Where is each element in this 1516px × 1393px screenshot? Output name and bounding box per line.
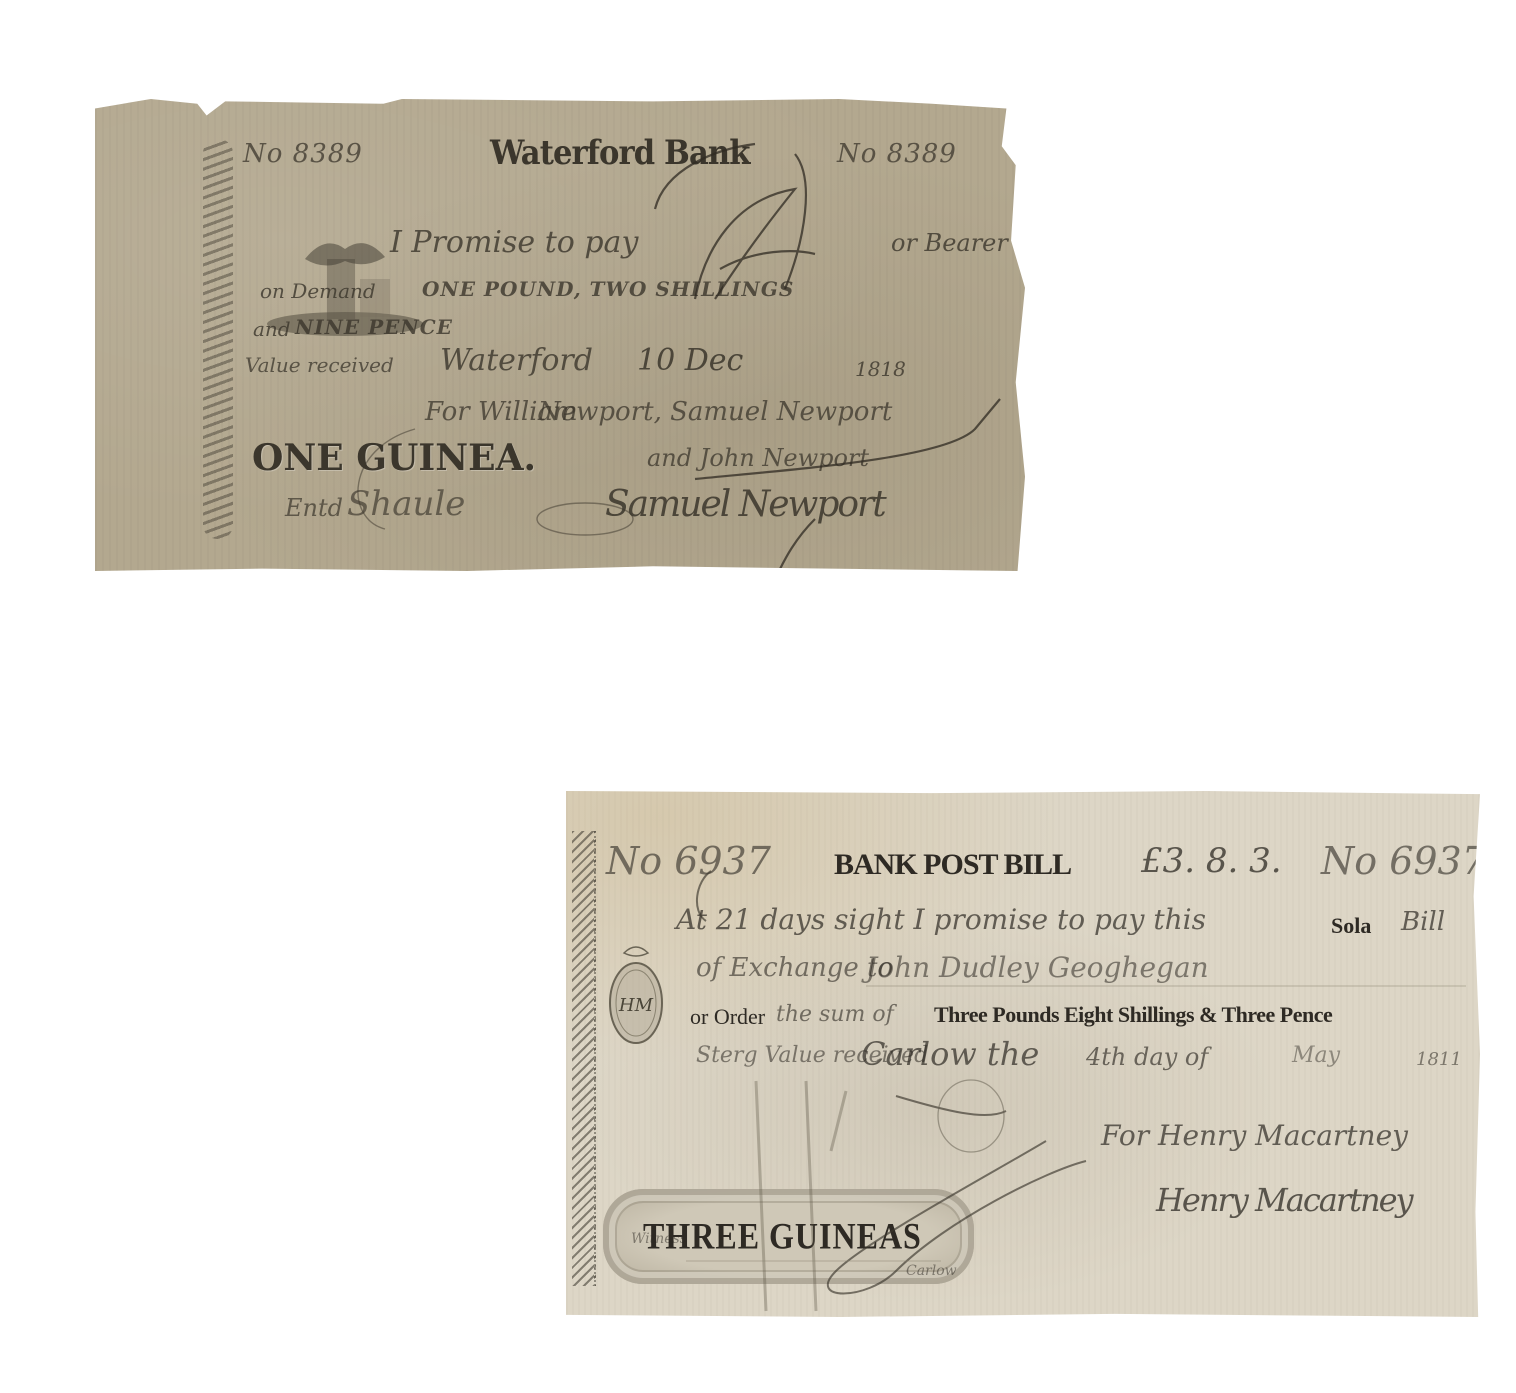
year-text: 1818 [855,357,906,381]
place-text: Waterford [440,343,593,378]
denomination: ONE GUINEA. [252,437,536,479]
signature: Henry Macartney [1156,1181,1412,1219]
or-order-text: or Order [690,1004,765,1030]
amount-line-1: ONE POUND, TWO SHILLINGS [422,277,794,301]
bearer-text: or Bearer [891,229,1008,257]
bill-title: BANK POST BILL [834,848,1071,882]
sum-in-words: Three Pounds Eight Shillings & Three Pen… [934,1002,1332,1028]
serial-number-left: No 6937 [606,839,771,883]
and-text: and [253,317,291,341]
place-text: Carlow the [861,1035,1039,1073]
bill-text: Bill [1401,907,1445,937]
waterford-bank-note-image: No 8389 Waterford Bank No 8389 I Promise… [95,99,1025,571]
month-text: May [1292,1043,1340,1068]
ornamental-border [572,831,596,1286]
amount-figures: £3. 8. 3. [1141,841,1282,881]
oval-cipher-emblem-icon: HM [606,941,666,1051]
payee-name: John Dudley Geoghegan [866,951,1209,984]
serial-number-right: No 6937 [1321,839,1480,883]
for-line-2: Newport, Samuel Newport [538,397,892,427]
day-of-label: day of [1134,1043,1208,1071]
bank-post-bill-image: HM No 6937 BANK POST BILL £3. 8. 3. No 6… [566,791,1480,1317]
clerk-signature: Shaule [347,484,465,524]
ornamental-border [203,139,233,539]
day-text: 4th [1086,1043,1126,1071]
entered-text: Entd [285,494,343,522]
of-exchange-text: of Exchange to [696,953,893,983]
bank-name: Waterford Bank [490,133,750,173]
serial-number-left: No 8389 [243,139,363,169]
for-line: For Henry Macartney [1101,1119,1408,1152]
day-of-text: 4th day of [1086,1043,1208,1071]
signature: Samuel Newport [605,484,885,525]
on-demand-text: on Demand [260,279,376,303]
amount-line-2: NINE PENCE [295,315,453,339]
promise-text: I Promise to pay [390,225,638,260]
for-line-3: and John Newport [647,444,869,472]
serial-number-right: No 8389 [837,139,957,169]
date-text: 10 Dec [637,343,743,378]
value-received-text: Value received [245,353,394,377]
witness-text: Witness [631,1231,687,1247]
sola-text: Sola [1331,913,1371,939]
carlow-small-text: Carlow [906,1263,957,1279]
year-text: 1811 [1416,1049,1462,1070]
promise-line: At 21 days sight I promise to pay this [676,903,1206,936]
sum-of-text: the sum of [776,1002,894,1027]
svg-text:HM: HM [618,995,654,1016]
